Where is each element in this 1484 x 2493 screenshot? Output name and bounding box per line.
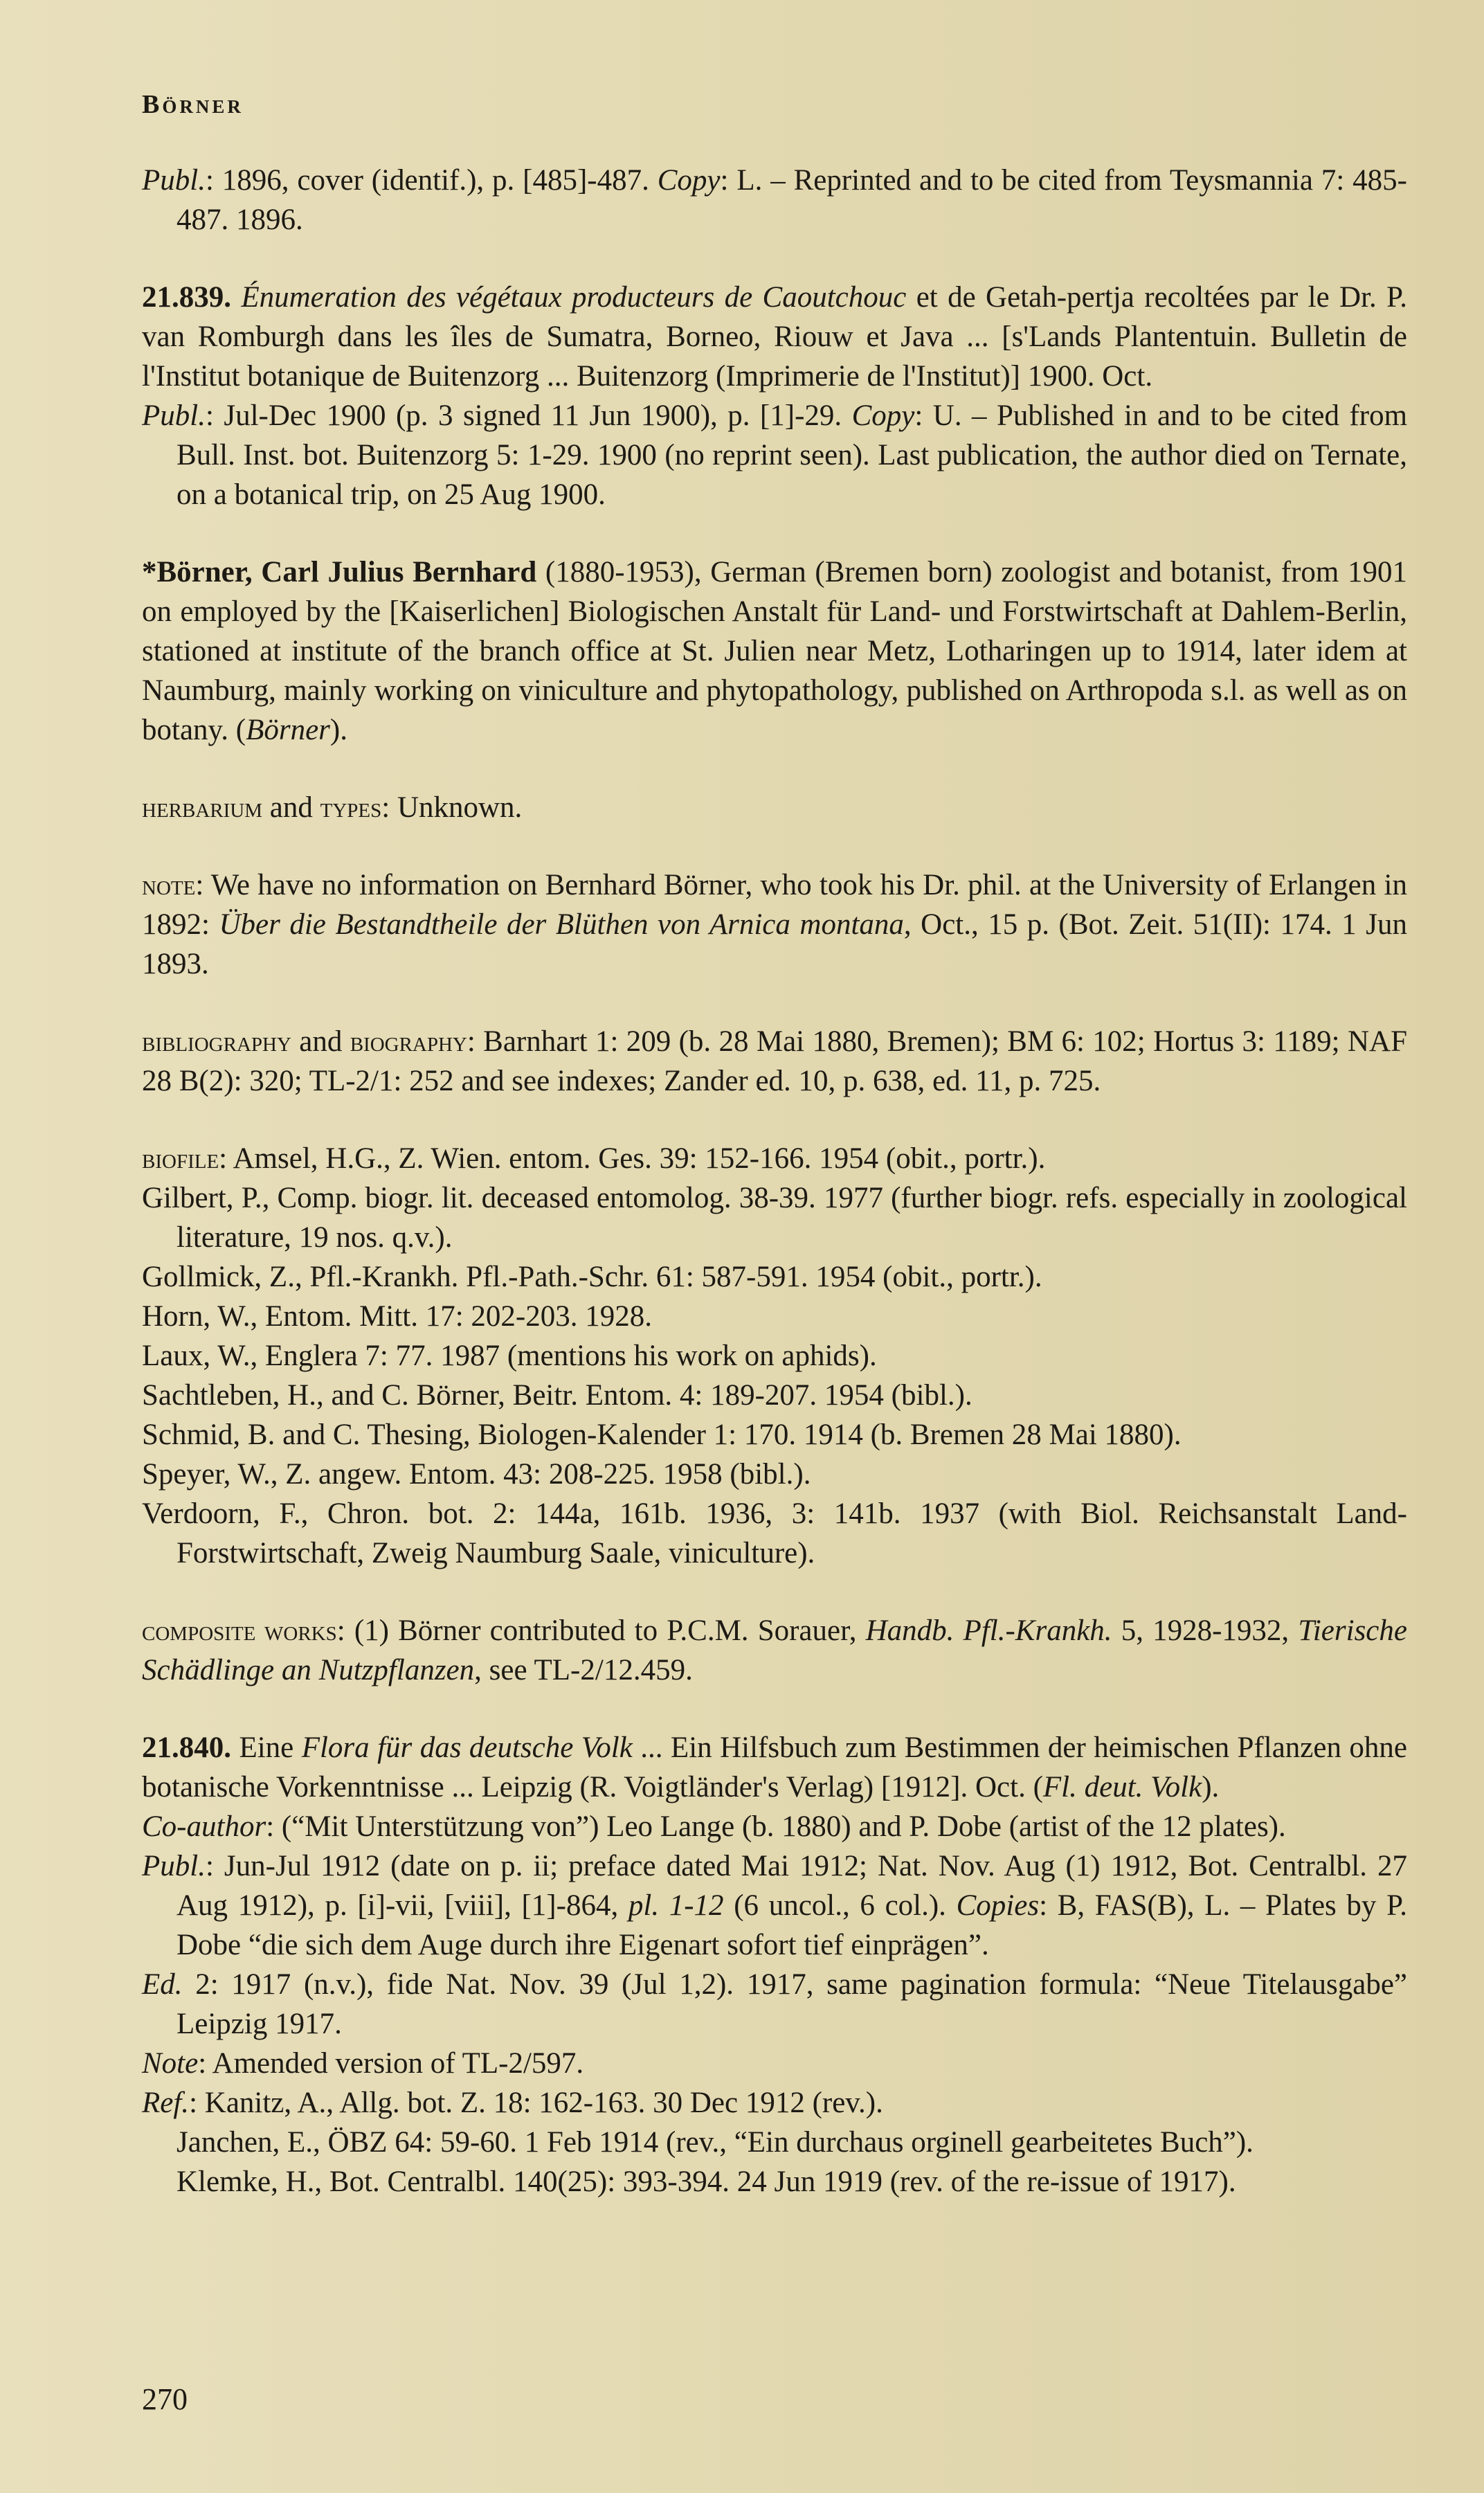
note-label: note [142,869,195,901]
bibliography-label: bibliography [142,1025,291,1057]
dissertation-title: Über die Bestandtheile der Blüthen von A… [219,908,903,941]
types-label: types [320,791,382,823]
herbarium-section: herbarium and types: Unknown. [142,788,1407,827]
and-text: and [262,791,320,824]
entry-21839-publication: Publ.: Jul-Dec 1900 (p. 3 signed 11 Jun … [142,396,1407,514]
author-name: *Börner, Carl Julius Bernhard [142,556,536,588]
running-head: Börner [142,83,1407,126]
biofile-item-text: : Amsel, H.G., Z. Wien. entom. Ges. 39: … [219,1142,1045,1175]
edition-text: 2: 1917 (n.v.), fide Nat. Nov. 39 (Jul 1… [177,1968,1407,2040]
ref-item: Klemke, H., Bot. Centralbl. 140(25): 393… [142,2162,1407,2202]
coauthor-label: Co-author [142,1810,266,1843]
biofile-label: biofile [142,1142,219,1174]
plates-text: pl. 1-12 [628,1889,724,1922]
copy-label: Copy [852,399,915,432]
entry-21839-title: 21.839. Énumeration des végétaux product… [142,278,1407,396]
publ-label: Publ. [142,164,206,197]
biofile-item: Schmid, B. and C. Thesing, Biologen-Kale… [142,1415,1407,1455]
ref-item: : Kanitz, A., Allg. bot. Z. 18: 162-163.… [189,2087,883,2119]
bibliography-section: bibliography and biography: Barnhart 1: … [142,1022,1407,1101]
composite-works-label: composite works [142,1614,337,1646]
entry-title-italic: Flora für das deutsche Volk [302,1731,633,1764]
entry-21840-coauthor: Co-author: (“Mit Unterstützung von”) Leo… [142,1807,1407,1846]
biofile-item: Gollmick, Z., Pfl.-Krankh. Pfl.-Path.-Sc… [142,1257,1407,1297]
composite-text: : (1) Börner contributed to P.C.M. Sorau… [337,1614,866,1647]
document-page: Börner Publ.: 1896, cover (identif.), p.… [142,83,1407,2202]
publ-label: Publ. [142,399,206,432]
composite-works-section: composite works: (1) Börner contributed … [142,1611,1407,1690]
publ-text: : Jul-Dec 1900 (p. 3 signed 11 Jun 1900)… [206,399,852,432]
herbarium-text: : Unknown. [381,791,522,824]
copy-label: Copy [658,164,721,197]
biofile-section: biofile: Amsel, H.G., Z. Wien. entom. Ge… [142,1139,1407,1573]
note-text: : Amended version of TL-2/597. [198,2047,583,2080]
edition-label: Ed. [142,1968,183,2001]
and-text: and [291,1025,350,1058]
coauthor-text: : (“Mit Unterstützung von”) Leo Lange (b… [266,1810,1286,1843]
composite-text-3: , see TL-2/12.459. [474,1654,693,1686]
entry-21840-ref: Ref.: Kanitz, A., Allg. bot. Z. 18: 162-… [142,2083,1407,2123]
publ-label: Publ. [142,1850,206,1882]
biofile-item: Horn, W., Entom. Mitt. 17: 202-203. 1928… [142,1297,1407,1336]
entry-text: Eine [231,1731,302,1764]
prev-entry-publication: Publ.: 1896, cover (identif.), p. [485]-… [142,161,1407,240]
entry-text-end: ). [1202,1771,1219,1803]
publ-text: : 1896, cover (identif.), p. [485]-487. [206,164,658,197]
biofile-item: Verdoorn, F., Chron. bot. 2: 144a, 161b.… [142,1494,1407,1573]
note-label: Note [142,2047,198,2080]
biography-label: biography [350,1025,467,1057]
entry-21840-title: 21.840. Eine Flora für das deutsche Volk… [142,1728,1407,1807]
composite-text-2: 5, 1928-1932, [1112,1614,1298,1647]
page-number: 270 [142,2382,188,2417]
ref-item: Janchen, E., ÖBZ 64: 59-60. 1 Feb 1914 (… [142,2123,1407,2162]
biofile-item: biofile: Amsel, H.G., Z. Wien. entom. Ge… [142,1139,1407,1178]
copies-label: Copies [957,1889,1039,1922]
biofile-item: Laux, W., Englera 7: 77. 1987 (mentions … [142,1336,1407,1376]
biofile-item: Sachtleben, H., and C. Börner, Beitr. En… [142,1376,1407,1415]
entry-21840-edition-2: Ed. 2: 1917 (n.v.), fide Nat. Nov. 39 (J… [142,1965,1407,2044]
ref-label: Ref. [142,2087,189,2119]
biofile-item: Gilbert, P., Comp. biogr. lit. deceased … [142,1178,1407,1257]
author-biography: *Börner, Carl Julius Bernhard (1880-1953… [142,552,1407,750]
composite-title-1: Handb. Pfl.-Krankh. [866,1614,1112,1647]
entry-title-italic: Énumeration des végétaux producteurs de … [241,281,906,314]
biofile-item: Speyer, W., Z. angew. Entom. 43: 208-225… [142,1455,1407,1494]
author-abbreviation: Börner [246,714,330,746]
publ-text-2: (6 uncol., 6 col.). [724,1889,957,1922]
entry-21840-publication: Publ.: Jun-Jul 1912 (date on p. ii; pref… [142,1846,1407,1965]
entry-abbreviation: Fl. deut. Volk [1043,1771,1202,1803]
entry-number: 21.839. [142,281,231,314]
entry-21840-note: Note: Amended version of TL-2/597. [142,2044,1407,2083]
herbarium-label: herbarium [142,791,262,823]
author-bio-end: ). [330,714,347,746]
note-section: note: We have no information on Bernhard… [142,865,1407,984]
entry-number: 21.840. [142,1731,231,1764]
